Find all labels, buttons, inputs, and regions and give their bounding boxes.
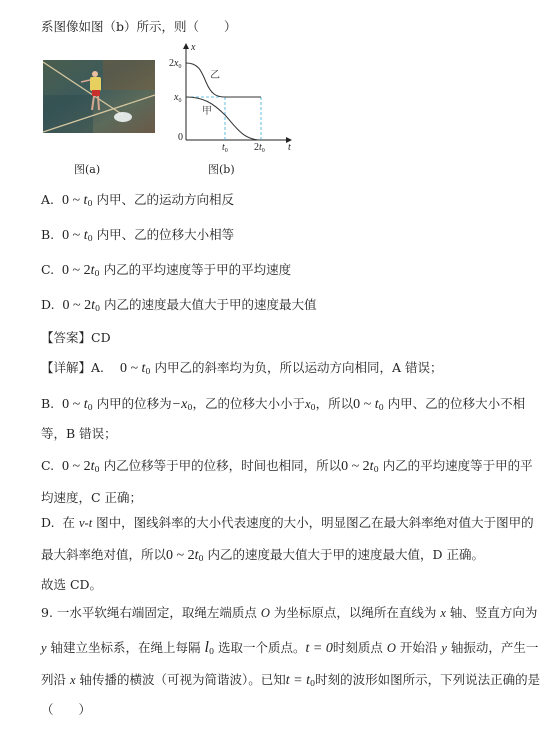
- option-a: A. 0 ~ t0 内甲、乙的运动方向相反: [41, 192, 234, 209]
- explanation-d-cont: 最大斜率绝对值，所以0 ~ 2t0 内乙的速度最大值大于甲的速度最大值，D 正确…: [41, 547, 484, 564]
- question-9-blank: （ ）: [41, 702, 91, 718]
- svg-text:0: 0: [178, 132, 183, 143]
- intro-line: 系图像如图（b）所示，则（ ）: [41, 19, 237, 35]
- answer-line: 【答案】CD: [41, 330, 111, 346]
- explanation-b-cont: 等，B 错误；: [41, 426, 117, 442]
- answer-tag: 【答案】: [41, 330, 91, 345]
- explanation-b: B. 0 ~ t0 内甲的位移为−x0，乙的位移大小小于x0，所以0 ~ t0 …: [41, 396, 525, 413]
- answer-value: CD: [91, 330, 111, 345]
- svg-text:x: x: [190, 42, 196, 53]
- question-9-line-1: 9. 一水平软绳右端固定，取绳左端质点 O 为坐标原点，以绳所在直线为 x 轴、…: [41, 605, 537, 621]
- explanation-a: 【详解】A. 0 ~ t0 内甲乙的斜率均为负，所以运动方向相同，A 错误；: [41, 360, 442, 377]
- figure-b-xt-graph: x 2x0 x0 乙 甲 0 t0 2t0 t: [168, 40, 298, 152]
- question-9-line-3: 列沿 x 轴传播的横波（可视为简谐波）。已知t = t0时刻的波形如图所示，下列…: [41, 672, 540, 689]
- option-b: B. 0 ~ t0 内甲、乙的位移大小相等: [41, 227, 234, 244]
- explanation-d: D. 在 v-t 图中，图线斜率的大小代表速度的大小，明显图乙在最大斜率绝对值大…: [41, 515, 534, 531]
- option-d: D. 0 ~ 2t0 内乙的速度最大值大于甲的速度最大值: [41, 297, 317, 314]
- figure-a-photo: [43, 60, 155, 133]
- explanation-c: C. 0 ~ 2t0 内乙位移等于甲的位移，时间也相同，所以0 ~ 2t0 内乙…: [41, 458, 533, 475]
- svg-text:x0: x0: [173, 92, 181, 104]
- conclusion: 故选 CD。: [41, 577, 102, 593]
- svg-text:t: t: [288, 142, 291, 152]
- svg-text:甲: 甲: [202, 105, 212, 117]
- svg-text:乙: 乙: [210, 69, 220, 81]
- figure-b-caption: 图(b): [208, 161, 235, 177]
- svg-text:t0: t0: [222, 142, 228, 152]
- svg-text:2x0: 2x0: [169, 58, 181, 70]
- question-9-line-2: y 轴建立坐标系，在绳上每隔 l0 选取一个质点。t = 0时刻质点 O 开始沿…: [41, 640, 538, 657]
- explanation-c-cont: 均速度，C 正确；: [41, 490, 142, 506]
- option-c: C. 0 ~ 2t0 内乙的平均速度等于甲的平均速度: [41, 262, 291, 279]
- figure-a-caption: 图(a): [74, 161, 100, 177]
- svg-text:2t0: 2t0: [254, 142, 265, 152]
